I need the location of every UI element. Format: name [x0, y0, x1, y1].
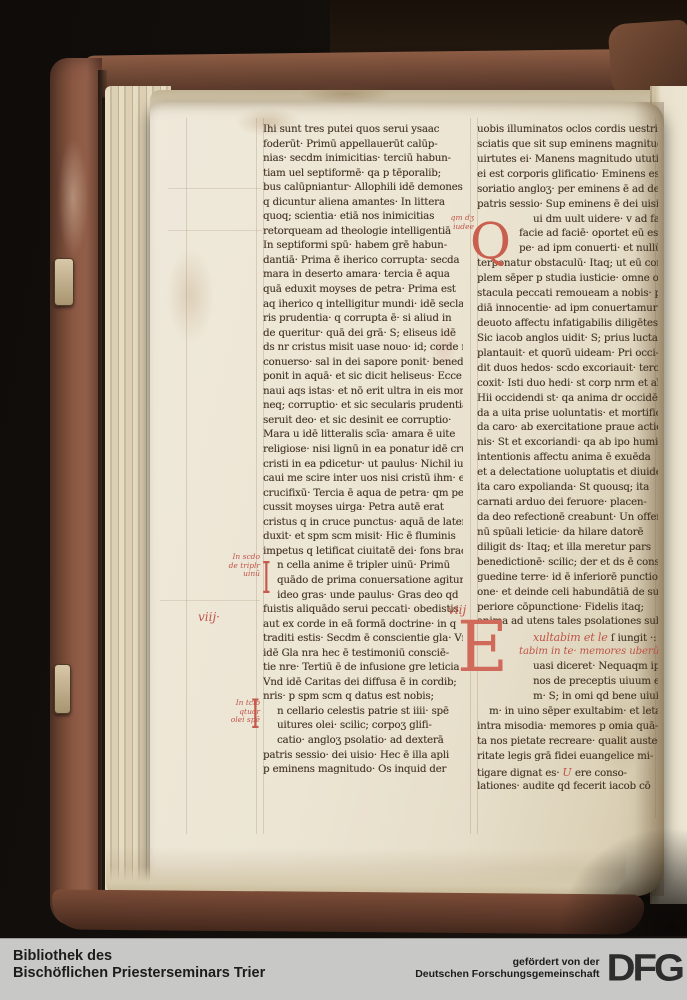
manuscript-line: traditi estis· Secdm ē conscientie gla· …: [263, 633, 463, 648]
manuscript-line: dantiā· Prima ē iherico corrupta· secda: [263, 255, 463, 270]
manuscript-line: de queritur· quā dei grā· S; eliseus idē: [263, 328, 463, 343]
manuscript-line: uasi diceret· Nequaqm ipi: [533, 661, 658, 676]
manuscript-line: pe· ad ipm conuerti· et nullū in-: [519, 243, 658, 258]
rubric-initial-q: Q: [470, 216, 511, 266]
marginal-note-line: uinū: [214, 570, 260, 579]
manuscript-line: et a delectatione uoluptatis et diuide: [477, 467, 658, 482]
manuscript-line: caui me scire inter uos nisi cristū ihm·…: [263, 473, 463, 488]
manuscript-line: ideo gras· unde paulus· Gras deo qd: [277, 590, 463, 605]
marginal-note-left-upper: In scdo de triplr uinū: [214, 553, 260, 579]
ink-text: ſ iungit ·:: [608, 633, 657, 644]
marginal-note-line: iudee: [440, 223, 474, 232]
manuscript-line: ta nos pietate recreare· qualit auste-: [477, 736, 658, 751]
ink-text: ere conso-: [575, 768, 627, 779]
bottom-right-shadow: [556, 824, 687, 936]
manuscript-line: dit duos hedos· scdo excoriauit· tercio: [477, 363, 658, 378]
ruling-line: [186, 118, 187, 834]
manuscript-line: tabim in te· memores uberū tuoʒ te: [519, 646, 658, 661]
marginal-note-left-lower: In tcio qtuor olei spē: [214, 699, 260, 725]
manuscript-line: carnati arduo dei feruore· placen-: [477, 497, 658, 512]
manuscript-line: uobis illuminatos oclos cordis uestri ut: [477, 124, 658, 139]
manuscript-line: religiose· nisi lignū in ea ponatur idē …: [263, 444, 463, 459]
manuscript-line: ponit in aquā· et sic dicit heliseus· Ec…: [263, 371, 463, 386]
manuscript-line: ui dm uult uidere· v ad facien: [533, 214, 658, 229]
manuscript-line: Sic iacob anglos uidit· S; prius lucta s…: [477, 333, 658, 348]
manuscript-line: xultabim et le ſ iungit ·:: [533, 631, 658, 646]
manuscript-line: cristus q in cruce punctus· aquā de late…: [263, 517, 463, 532]
rubric-initial-i: I: [262, 557, 271, 601]
left-column: Ihi sunt tres putei quos serui ysaacfode…: [263, 124, 463, 788]
manuscript-line: quoq; scientia· etiā nos inimicitias: [263, 211, 463, 226]
funding-credit: gefördert von der Deutschen Forschungsge…: [415, 946, 682, 990]
library-credit-line2: Bischöflichen Priesterseminars Trier: [13, 965, 265, 982]
library-credit: Bibliothek des Bischöflichen Priestersem…: [13, 948, 265, 982]
manuscript-line: n cellario celestis patrie st iiii· spē: [277, 706, 463, 721]
manuscript-line: diā innocentie· ad ipm conuertamur: [477, 303, 658, 318]
manuscript-line: stacula peccati remoueam a nobis· p cust…: [477, 288, 658, 303]
manuscript-line: tiam uel septiformē· qa p tēporalib;: [263, 168, 463, 183]
manuscript-line: ris prudentia· q corrupta ē· si aliud in: [263, 313, 463, 328]
manuscript-line: coxit· Isti duo hedi· st corp nrm et aīa…: [477, 378, 658, 393]
manuscript-line: n cella anime ē tripler uinū· Primū: [277, 560, 463, 575]
book-clasp-upper: [54, 258, 74, 306]
funding-credit-text: gefördert von der Deutschen Forschungsge…: [415, 956, 599, 981]
manuscript-line: crucifixū· Tercia ē aqua de petra· qm pe…: [263, 488, 463, 503]
credit-footer-bar: Bibliothek des Bischöflichen Priestersem…: [0, 938, 687, 1000]
manuscript-line: conuerso· sal in dei sapore ponit· bened…: [263, 357, 463, 372]
digitized-manuscript-scan: Ihi sunt tres putei quos serui ysaacfode…: [0, 0, 687, 1000]
manuscript-line: da deo refectionē creabunt· Un offerit: [477, 512, 658, 527]
manuscript-line: bus calūpniantur· Allophili idē demones: [263, 182, 463, 197]
ruling-line: [160, 600, 260, 601]
manuscript-line: tigare dignat es· U ere conso-: [477, 766, 658, 781]
manuscript-line: tie nre· Tertiū ē de infusione gre letic…: [263, 662, 463, 677]
funding-credit-line2: Deutschen Forschungsgemeinschaft: [415, 968, 599, 981]
manuscript-line: uirtutes ei· Manens magnitudo ututis: [477, 154, 658, 169]
manuscript-line: impetus q letificat ciuitatē dei· fons b…: [263, 546, 463, 561]
manuscript-line: Mara u idē litteralis scīa· amara ē uite: [263, 429, 463, 444]
ruling-line: [168, 230, 262, 231]
marginal-note-line: olei spē: [214, 716, 260, 725]
manuscript-line: q dicuntur aliena amantes· In littera: [263, 197, 463, 212]
manuscript-line: m· in uino sēper exultabim· et letabim: [489, 706, 658, 721]
marginal-note-right-upper: qm dʒ iudee: [440, 214, 474, 231]
library-credit-line1: Bibliothek des: [13, 948, 265, 965]
rubric-initial-e: E: [457, 612, 508, 682]
book-clasp-lower: [54, 664, 71, 714]
manuscript-line: nias· secdm inimicitias· terciū habun-: [263, 153, 463, 168]
manuscript-line: ritate legis grā fidei euangelice mi-: [477, 751, 658, 766]
manuscript-line: cussit moyses uirga· Petra autē erat: [263, 502, 463, 517]
parchment-stain: [166, 248, 214, 343]
manuscript-line: idē Gla nra hec ē testimoniū consciē-: [263, 648, 463, 663]
manuscript-line: soriatio angloʒ· per eminens ē ad dexter…: [477, 184, 658, 199]
manuscript-line: retorqueam ad theologie intelligentiā: [263, 226, 463, 241]
manuscript-line: In septiformi spū· habem grē habun-: [263, 240, 463, 255]
funding-credit-line1: gefördert von der: [415, 956, 599, 969]
manuscript-line: da caro· ab exercitatione praue actio-: [477, 422, 658, 437]
manuscript-line: p eminens magnitudo· Os inquid der: [263, 764, 463, 779]
manuscript-line: Hii occidendi st· qa anima dr occidē-: [477, 393, 658, 408]
manuscript-line: plem sēper p studia iusticie· omne ob-: [477, 273, 658, 288]
rubric-text: U: [562, 766, 574, 779]
manuscript-line: patris sessio· dei uisio· Hec ē illa apl…: [263, 750, 463, 765]
manuscript-line: cristi in ea pdicetur· ut paulus· Nichil…: [263, 459, 463, 474]
manuscript-line: da a uita prise uoluntatis· et mortificā…: [477, 408, 658, 423]
manuscript-line: duxit· et spm scm misit· Hic ē fluminis: [263, 531, 463, 546]
parchment-stain: [300, 84, 392, 104]
manuscript-line: sciatis que sit sup eminens magnitudo: [477, 139, 658, 154]
manuscript-line: nū spūali leticie· da hilare datorē: [477, 527, 658, 542]
dfg-logo: DFG: [607, 947, 682, 989]
manuscript-line: nis· St et excoriandi· qa ab ipo humilit: [477, 437, 658, 452]
manuscript-line: one· et deinde celi habundātiā de su-: [477, 587, 658, 602]
manuscript-line: intentionis affectu anima ē exuēda: [477, 452, 658, 467]
book-cover-left-edge: [50, 58, 102, 926]
manuscript-line: nris· p spm scm q datus est nobis;: [263, 691, 463, 706]
manuscript-line: aq iherico q intelligitur mundi· idē sec…: [263, 299, 463, 314]
manuscript-line: lationes· audite qd fecerit iacob cō: [477, 781, 658, 796]
manuscript-line: foderūt· Primū appellauerūt calūp-: [263, 139, 463, 154]
manuscript-line: naui aqs istas· et nō erit ultra in eis …: [263, 386, 463, 401]
quire-number-left: viij·: [198, 610, 220, 624]
manuscript-line: aut ex corde in eā formā doctrine· in q: [263, 619, 463, 634]
manuscript-line: quādo de prima conuersatione agitur: [277, 575, 463, 590]
manuscript-line: uitures olei· scilic; corpoʒ glifi-: [277, 720, 463, 735]
manuscript-line: neq; corruptio· et sic secularis prudent…: [263, 400, 463, 415]
manuscript-line: m· S; in omi qd bene uiui-: [533, 691, 658, 706]
manuscript-line: fuistis aliquādo serui peccati· obedisti…: [263, 604, 463, 619]
manuscript-line: ei est corporis glificatio· Eminens est …: [477, 169, 658, 184]
manuscript-line: guedine terre· id ē inferiorē punctio-: [477, 572, 658, 587]
manuscript-line: plantauit· et quorū uideam· Pri occi-: [477, 348, 658, 363]
ruling-line: [168, 188, 262, 189]
manuscript-line: ita caro expolianda· St quousq; ita: [477, 482, 658, 497]
manuscript-line: benedictionē· scilic; der et ds ē conso-: [477, 557, 658, 572]
manuscript-line: seruit deo· et sic desinit ee corruptio·: [263, 415, 463, 430]
quire-number-right: viij: [448, 603, 466, 617]
manuscript-line: catio· angloʒ psolatio· ad dexterā: [277, 735, 463, 750]
manuscript-line: intra misodia· memores p omia quā-: [477, 721, 658, 736]
manuscript-line: quā eduxit moyses de petra· Prima est: [263, 284, 463, 299]
manuscript-line: facie ad faciē· oportet eū esse pro-: [519, 228, 658, 243]
manuscript-line: Vnd idē Caritas dei diffusa ē in cordib;: [263, 677, 463, 692]
manuscript-line: mara in deserto amara· tercia ē aqua: [263, 269, 463, 284]
ink-text: tigare dignat es·: [477, 768, 562, 779]
rubric-text: xultabim et le: [533, 631, 608, 644]
manuscript-line: ds nr cristus misit uase nouo· id; corde…: [263, 342, 463, 357]
manuscript-line: Ihi sunt tres putei quos serui ysaac: [263, 124, 463, 139]
manuscript-line: deuoto affectu infatigabilis diligētes·: [477, 318, 658, 333]
manuscript-line: diligit ds· Itaq; et illa meretur pars: [477, 542, 658, 557]
manuscript-line: nos de preceptis uiuum extolli-: [533, 676, 658, 691]
